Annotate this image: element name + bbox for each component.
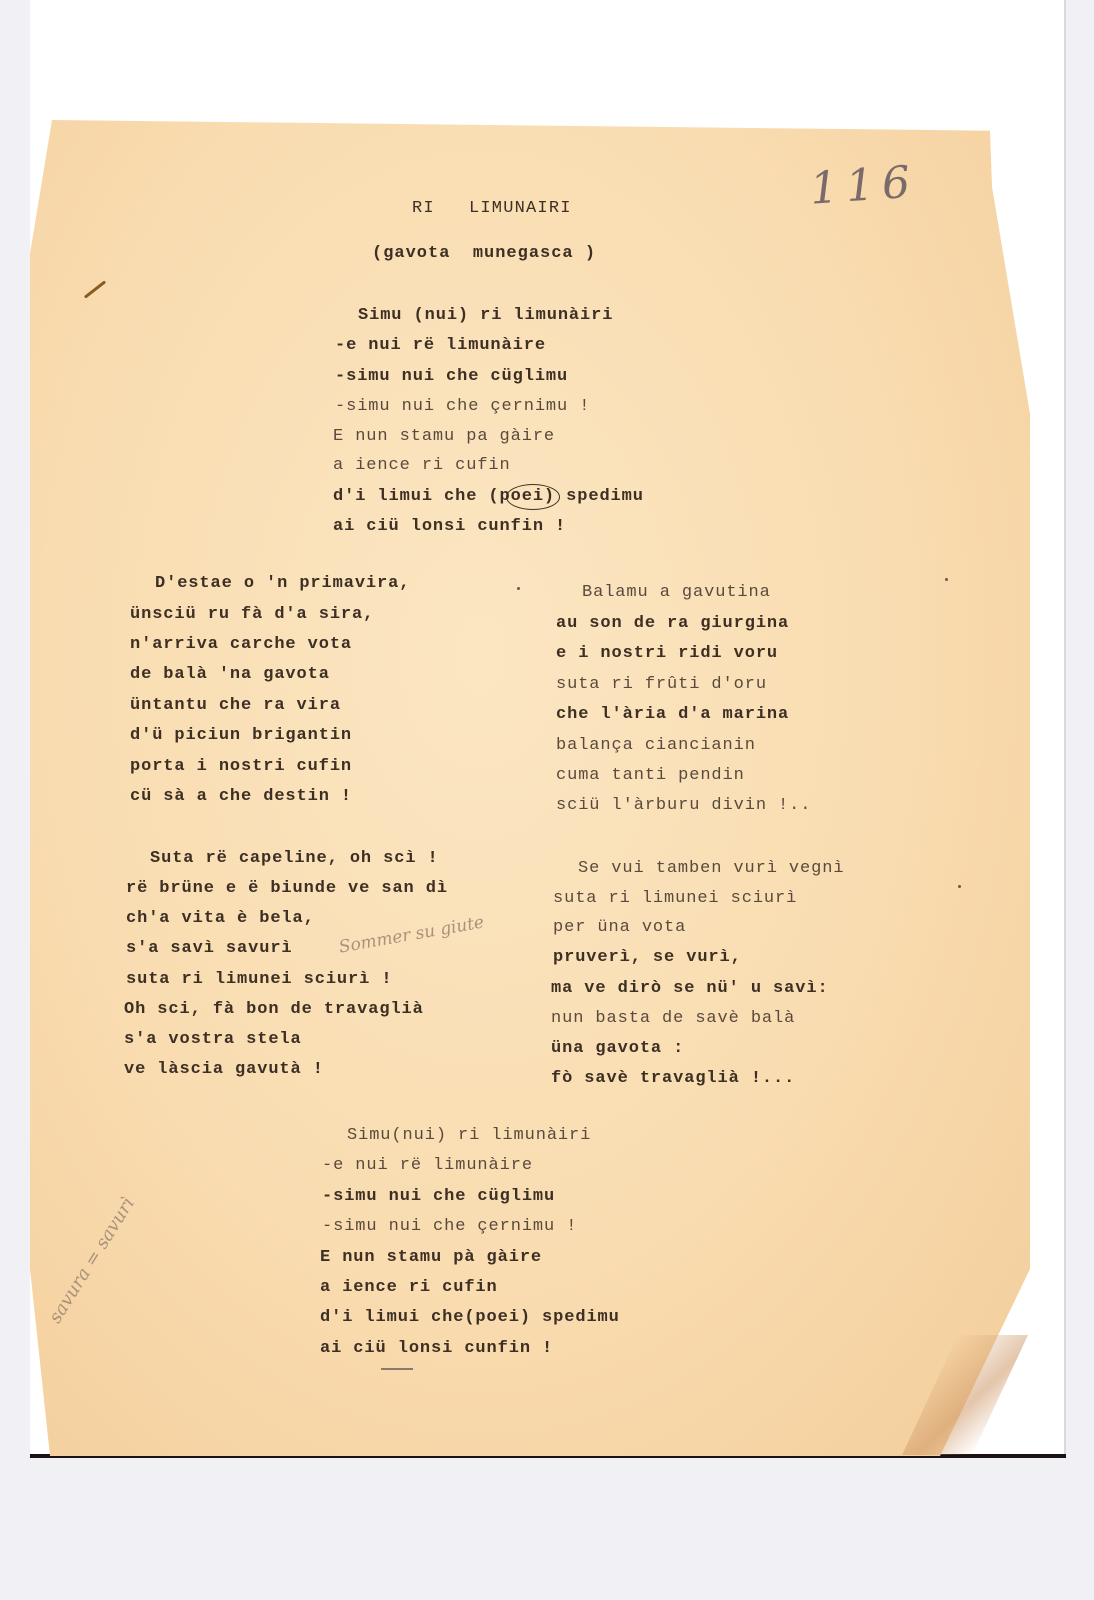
verse-line: cü sà a che destin ! [130, 788, 352, 805]
verse-line: balança ciancianin [556, 737, 756, 754]
verse-line: cuma tanti pendin [556, 767, 745, 784]
verse-line: -e nui rë limunàire [322, 1157, 533, 1174]
verse-line: fò savè travaglià !... [551, 1070, 795, 1087]
verse-line: ünsciü ru fà d'a sira, [130, 606, 374, 623]
paper-speck [958, 885, 961, 888]
verse-line: per üna vota [553, 919, 686, 936]
verse-line: E nun stamu pa gàire [333, 428, 555, 445]
verse-line: -simu nui che çernimu ! [335, 398, 590, 415]
verse-line: che l'ària d'a marina [556, 706, 789, 723]
verse-line: a ience ri cufin [320, 1279, 498, 1296]
verse-line: üntantu che ra vira [130, 697, 341, 714]
verse-line: E nun stamu pà gàire [320, 1249, 542, 1266]
underline-mark [381, 1368, 413, 1370]
verse-line: suta ri limunei sciurì [553, 890, 797, 907]
verse-line: Se vui tamben vurì vegnì [578, 860, 844, 877]
verse-line: ch'a vita è bela, [126, 910, 315, 927]
verse-line: -simu nui che çernimu ! [322, 1218, 577, 1235]
verse-line: üna gavota : [551, 1040, 684, 1057]
verse-line: Suta rë capeline, oh scì ! [150, 850, 439, 867]
verse-line: Oh sci, fà bon de travaglià [124, 1001, 424, 1018]
page-number: 116 [808, 156, 919, 214]
verse-line: d'i limui che(poei) spedimu [320, 1309, 620, 1326]
verse-line: -e nui rë limunàire [335, 337, 546, 354]
verse-line: s'a savì savurì [126, 940, 293, 957]
verse-line: d'ü piciun brigantin [130, 727, 352, 744]
verse-line: Simu (nui) ri limunàiri [358, 307, 613, 324]
verse-line: d'i limui che (poei) spedimu [333, 488, 644, 505]
verse-line: a ience ri cufin [333, 457, 511, 474]
verse-line: Balamu a gavutina [582, 584, 771, 601]
verse-line: de balà 'na gavota [130, 666, 330, 683]
verse-line: e i nostri ridi voru [556, 645, 778, 662]
verse-line: rë brüne e ë biunde ve san dì [126, 880, 448, 897]
verse-line: suta ri limunei sciurì ! [126, 971, 392, 988]
verse-line: ai ciü lonsi cunfin ! [333, 518, 566, 535]
verse-line: D'estae o 'n primavira, [155, 575, 410, 592]
verse-line: s'a vostra stela [124, 1031, 302, 1048]
verse-line: ve làscia gavutà ! [124, 1061, 324, 1078]
verse-line: -simu nui che cüglimu [322, 1188, 555, 1205]
song-title: RI LIMUNAIRI [412, 199, 572, 218]
ink-circle-annotation [506, 484, 560, 510]
verse-line: suta ri frûti d'oru [556, 676, 767, 693]
song-subtitle: (gavota munegasca ) [372, 244, 596, 263]
verse-line: au son de ra giurgina [556, 615, 789, 632]
verse-line: sciü l'àrburu divin !.. [556, 797, 811, 814]
paper-speck [517, 587, 520, 590]
verse-line: ma ve dirò se nü' u savì: [551, 980, 829, 997]
verse-line: -simu nui che cüglimu [335, 368, 568, 385]
verse-line: nun basta de savè balà [551, 1010, 795, 1027]
verse-line: porta i nostri cufin [130, 758, 352, 775]
verse-line: ai ciü lonsi cunfin ! [320, 1340, 553, 1357]
verse-line: Simu(nui) ri limunàiri [347, 1127, 591, 1144]
verse-line: pruverì, se vurì, [553, 949, 742, 966]
paper-speck [945, 578, 948, 581]
verse-line: n'arriva carche vota [130, 636, 352, 653]
